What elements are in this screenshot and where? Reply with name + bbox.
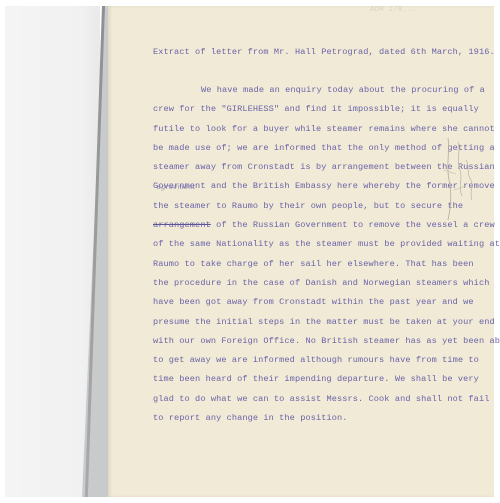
archive-reference-stamp: ADM 1/8...	[370, 6, 417, 14]
body-line: with our own Foreign Office. No British …	[153, 332, 483, 351]
body-line: the procedure in the case of Danish and …	[153, 274, 483, 293]
body-line: to get away we are informed although rum…	[153, 351, 483, 370]
body-line: steamer away from Cronstadt is by arrang…	[153, 158, 483, 177]
body-line-with-strikethrough: arrangement of the Russian Government to…	[153, 216, 483, 235]
body-line: Raumo to take charge of her sail her els…	[153, 255, 483, 274]
body-line: We have made an enquiry today about the …	[153, 81, 483, 100]
document-title: Extract of letter from Mr. Hall Petrogra…	[153, 47, 495, 57]
body-line: of the same Nationality as the steamer m…	[153, 235, 483, 254]
body-line: the steamer to Raumo by their own people…	[153, 197, 483, 216]
body-line: time been heard of their impending depar…	[153, 370, 483, 389]
body-line: glad to do what we can to assist Messrs.…	[153, 390, 483, 409]
body-line: Government and the British Embassy here …	[153, 177, 483, 196]
body-line: to report any change in the position.	[153, 409, 483, 428]
body-line: presume the initial steps in the matter …	[153, 313, 483, 332]
pencil-margin-annotation-icon	[436, 130, 486, 225]
body-line: crew for the "GIRLEHESS" and find it imp…	[153, 100, 483, 119]
body-line: futile to look for a buyer while steamer…	[153, 120, 483, 139]
body-line: have been got away from Cronstadt within…	[153, 293, 483, 312]
letter-body: We have made an enquiry today about the …	[153, 81, 483, 428]
struck-word: arrangement	[153, 220, 211, 230]
body-line: be made use of; we are informed that the…	[153, 139, 483, 158]
